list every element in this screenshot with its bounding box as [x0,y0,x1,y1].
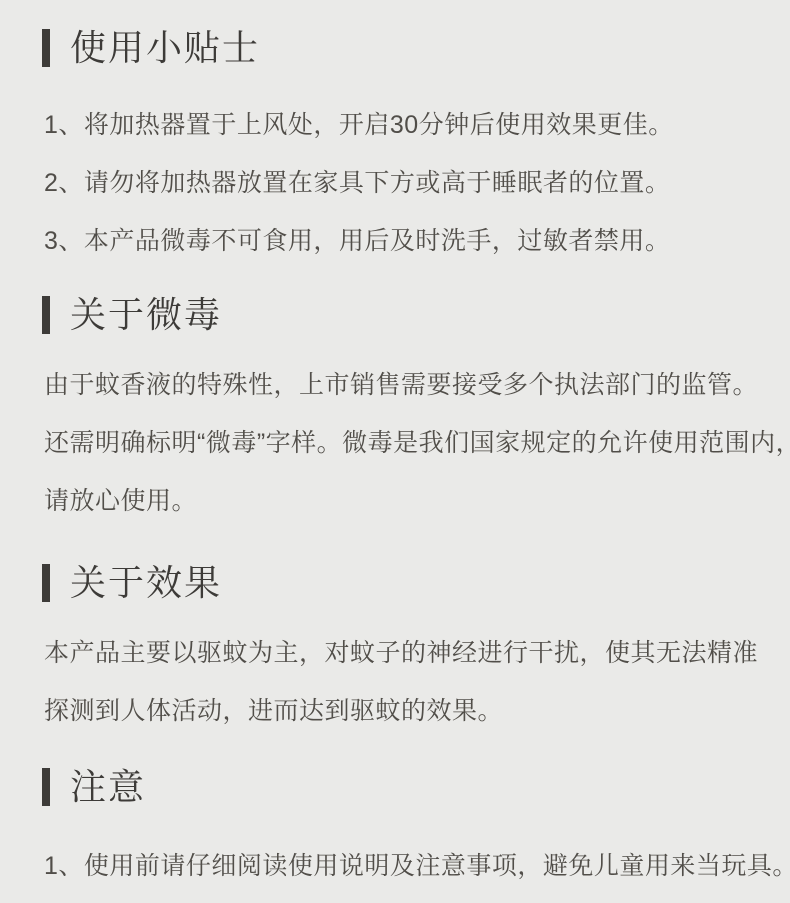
section-title: 关于效果 [70,561,222,605]
section-title: 关于微毒 [70,293,222,337]
tip-item: 1、将加热器置于上风处，开启30分钟后使用效果更佳。 [44,110,760,140]
section-body: 本产品主要以驱蚊为主，对蚊子的神经进行干扰，使其无法精准 探测到人体活动，进而达… [44,638,760,726]
section-heading: 关于效果 [42,561,790,605]
section-body: 由于蚊香液的特殊性，上市销售需要接受多个执法部门的监管。 还需明确标明“微毒”字… [44,370,760,516]
section-title: 注意 [70,765,146,809]
section-heading: 注意 [42,765,790,809]
heading-bar-decoration [42,29,50,67]
section-attention: 注意 1、使用前请仔细阅读使用说明及注意事项，避免儿童用来当玩具。 [0,765,790,881]
tip-item: 3、本产品微毒不可食用，用后及时洗手，过敏者禁用。 [44,226,760,256]
paragraph-line: 探测到人体活动，进而达到驱蚊的效果。 [44,696,760,726]
paragraph-line: 还需明确标明“微毒”字样。微毒是我们国家规定的允许使用范围内， [44,428,760,458]
section-heading: 使用小贴士 [42,26,790,70]
heading-bar-decoration [42,564,50,602]
heading-bar-decoration [42,296,50,334]
product-detail-page: 使用小贴士 1、将加热器置于上风处，开启30分钟后使用效果更佳。 2、请勿将加热… [0,0,790,903]
section-usage-tips: 使用小贴士 1、将加热器置于上风处，开启30分钟后使用效果更佳。 2、请勿将加热… [0,26,790,256]
heading-bar-decoration [42,768,50,806]
notice-item: 1、使用前请仔细阅读使用说明及注意事项，避免儿童用来当玩具。 [44,851,760,881]
paragraph-line: 由于蚊香液的特殊性，上市销售需要接受多个执法部门的监管。 [44,370,760,400]
section-about-effect: 关于效果 本产品主要以驱蚊为主，对蚊子的神经进行干扰，使其无法精准 探测到人体活… [0,561,790,726]
paragraph-line: 本产品主要以驱蚊为主，对蚊子的神经进行干扰，使其无法精准 [44,638,760,668]
section-heading: 关于微毒 [42,293,790,337]
section-body: 1、将加热器置于上风处，开启30分钟后使用效果更佳。 2、请勿将加热器放置在家具… [44,110,760,256]
paragraph-line: 请放心使用。 [44,486,760,516]
tip-item: 2、请勿将加热器放置在家具下方或高于睡眠者的位置。 [44,168,760,198]
section-body: 1、使用前请仔细阅读使用说明及注意事项，避免儿童用来当玩具。 [44,851,760,881]
section-about-toxicity: 关于微毒 由于蚊香液的特殊性，上市销售需要接受多个执法部门的监管。 还需明确标明… [0,293,790,516]
section-title: 使用小贴士 [70,26,260,70]
